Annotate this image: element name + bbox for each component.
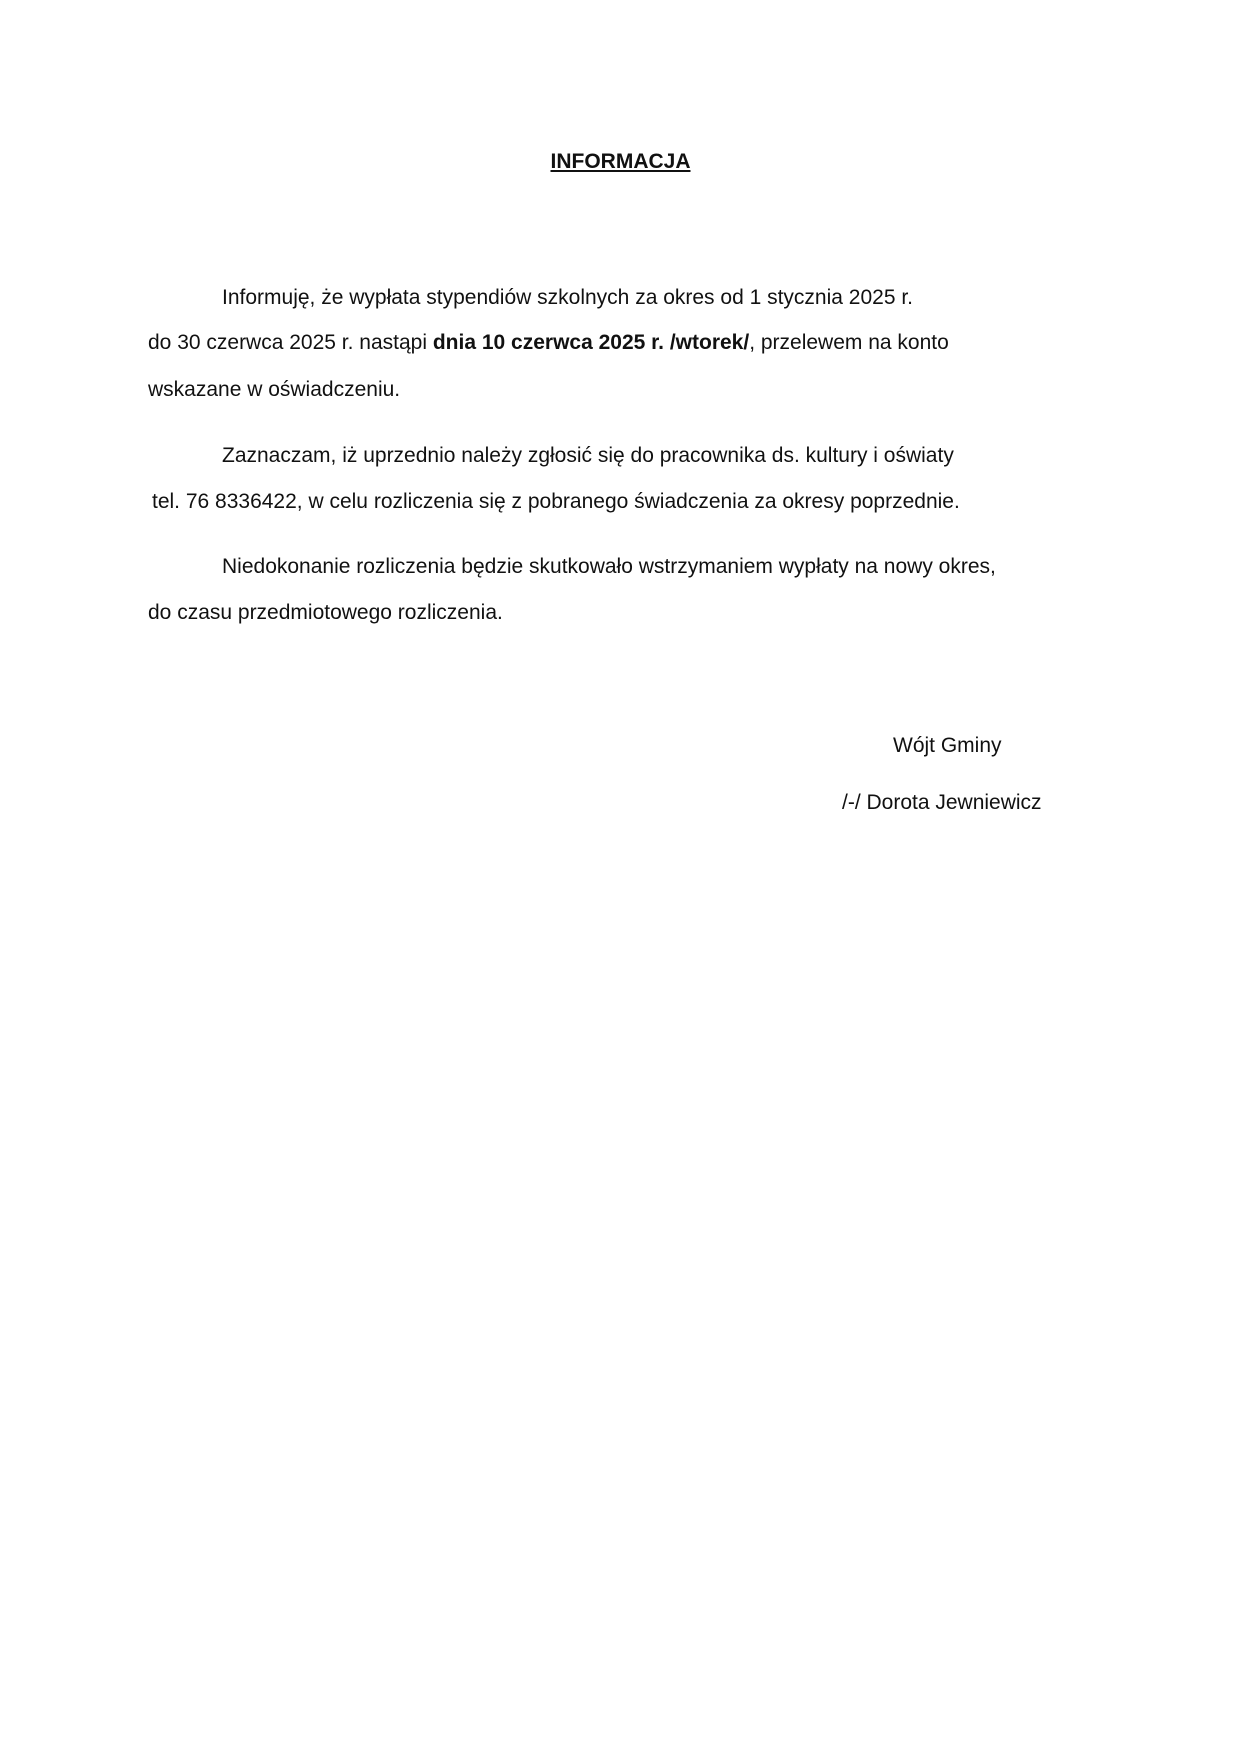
document-page: INFORMACJA Informuję, że wypłata stypend… xyxy=(0,0,1241,1755)
paragraph-3-line-1: Niedokonanie rozliczenia będzie skutkowa… xyxy=(222,555,996,579)
paragraph-1-line-2: do 30 czerwca 2025 r. nastąpi dnia 10 cz… xyxy=(148,331,949,355)
paragraph-1-line-1: Informuję, że wypłata stypendiów szkolny… xyxy=(222,286,913,310)
paragraph-1-line-3: wskazane w oświadczeniu. xyxy=(148,378,400,402)
paragraph-2-line-2: tel. 76 8336422, w celu rozliczenia się … xyxy=(152,490,960,514)
document-title: INFORMACJA xyxy=(0,150,1241,174)
paragraph-2-line-1: Zaznaczam, iż uprzednio należy zgłosić s… xyxy=(222,444,954,468)
paragraph-1-line-2-tail: , przelewem na konto xyxy=(749,331,949,354)
payment-date-emphasis: dnia 10 czerwca 2025 r. /wtorek/ xyxy=(433,331,749,354)
signature-name: /-/ Dorota Jewniewicz xyxy=(842,791,1042,815)
signature-role: Wójt Gminy xyxy=(893,734,1002,758)
paragraph-1-line-2-text: do 30 czerwca 2025 r. nastąpi xyxy=(148,331,433,354)
paragraph-3-line-2: do czasu przedmiotowego rozliczenia. xyxy=(148,601,503,625)
